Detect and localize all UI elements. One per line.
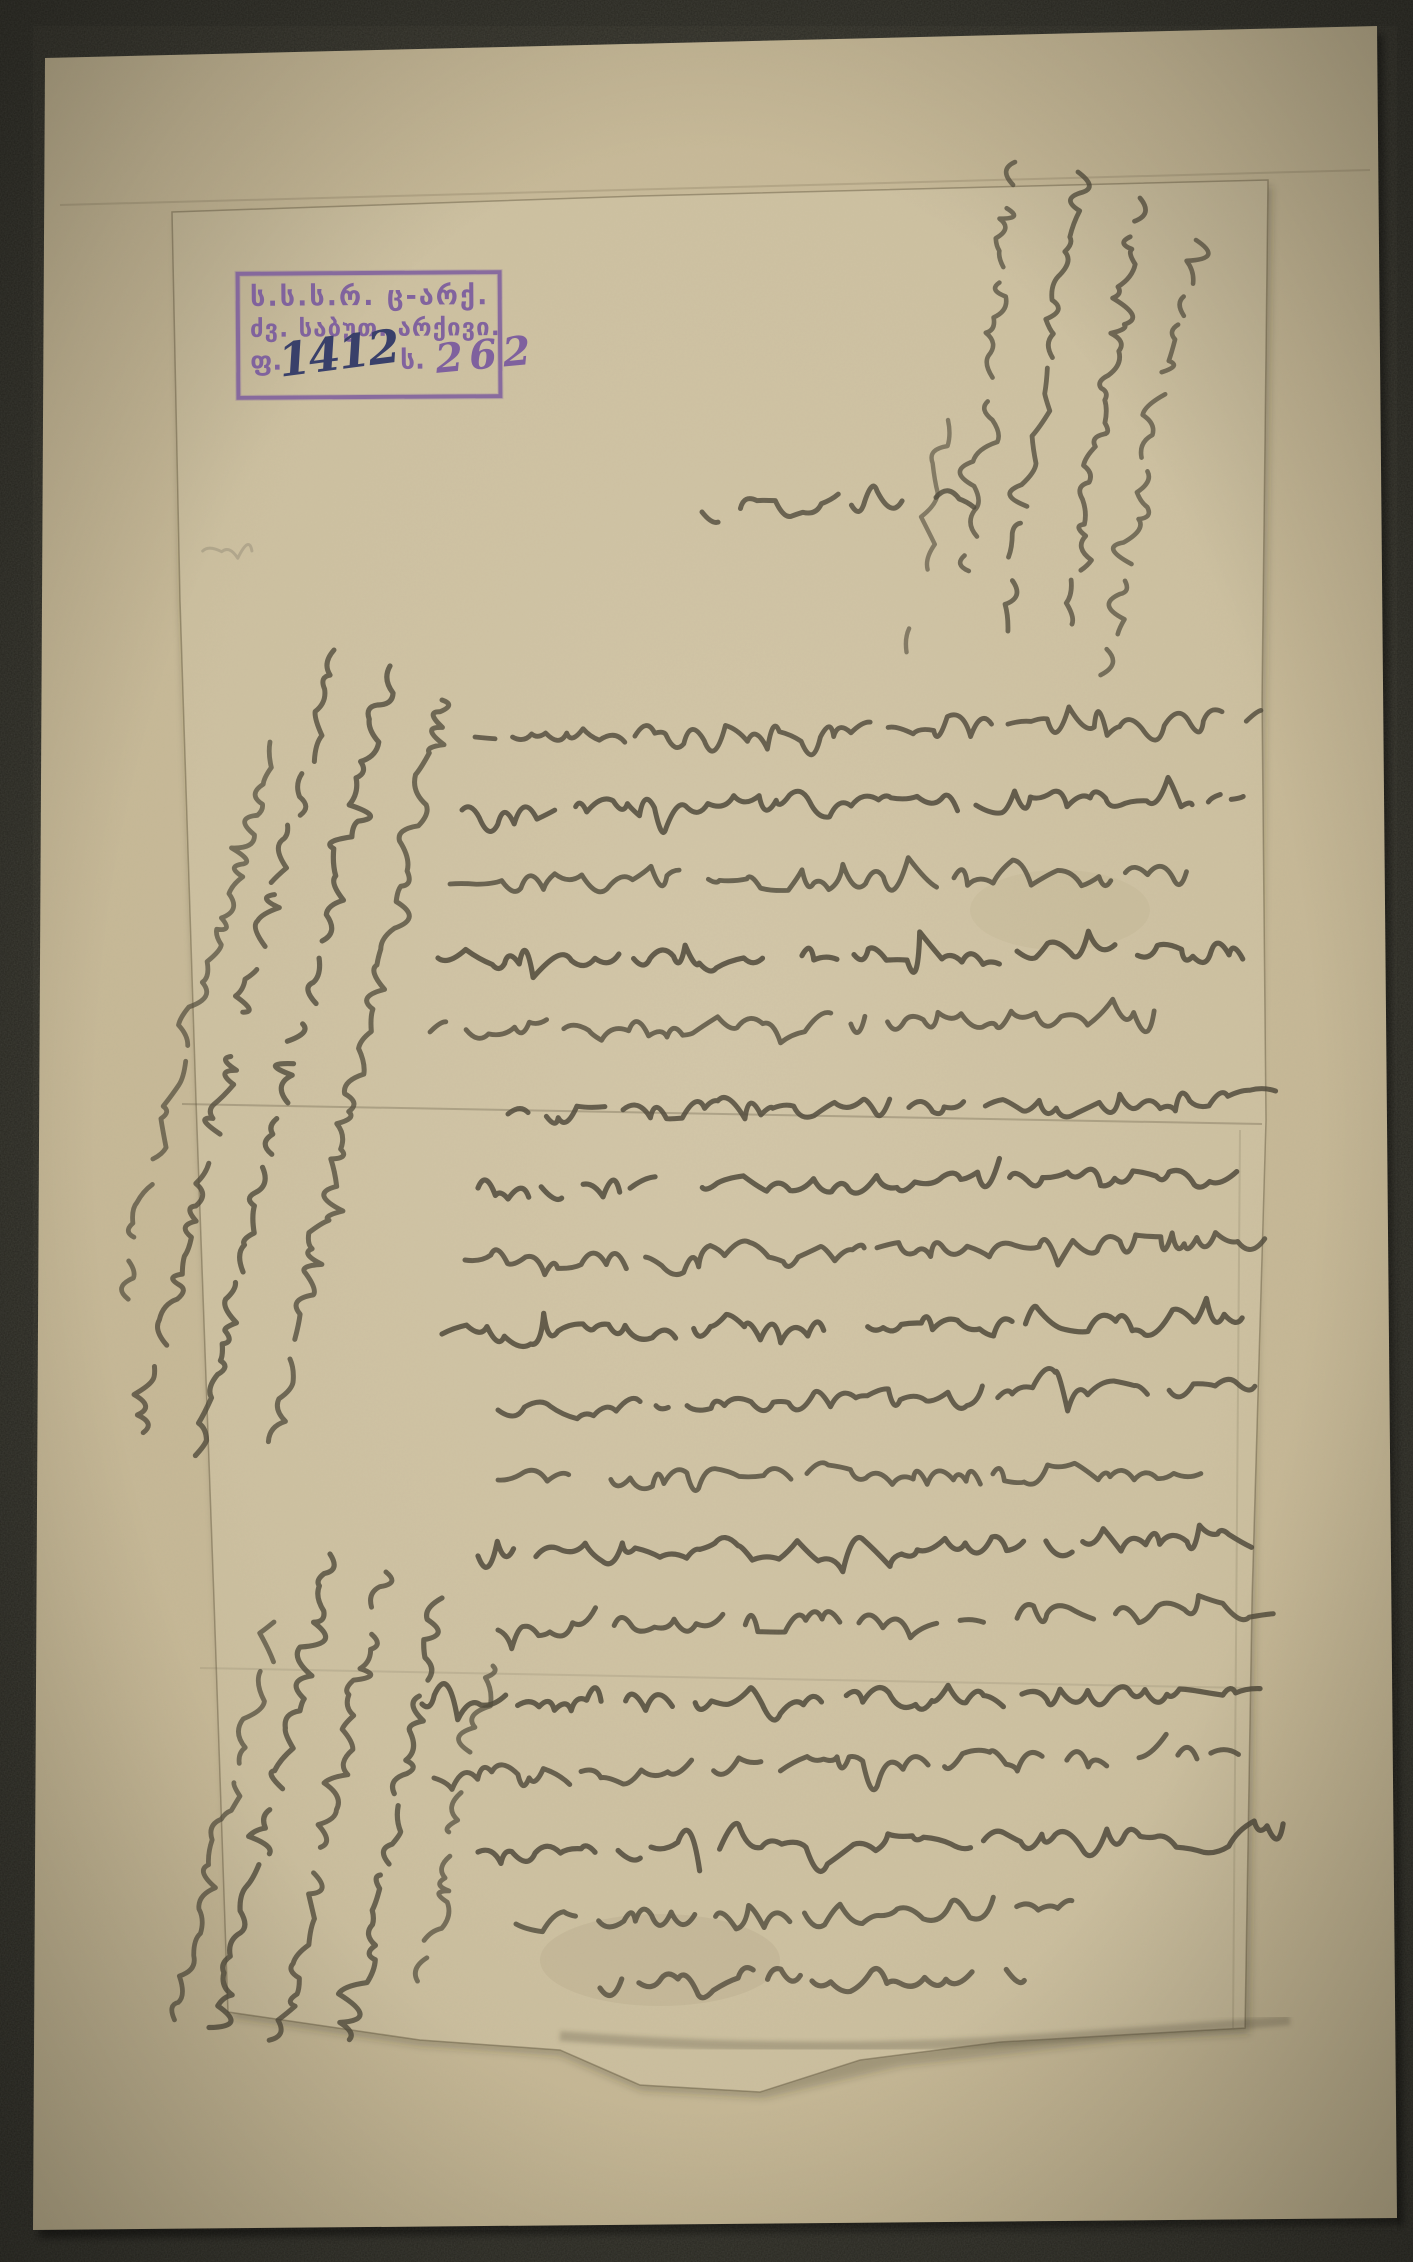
stamp-line-3: ფ. 1412 ს. 262	[250, 339, 490, 381]
scan-canvas	[0, 0, 1413, 2262]
stamp-line-1: ს.ს.ს.რ. ც-არქ.	[250, 280, 490, 313]
archival-photograph: ს.ს.ს.რ. ც-არქ. ძვ. საბუთ. არქივი. ფ. 14…	[0, 0, 1413, 2262]
item-number-handwritten: 262	[433, 327, 538, 383]
archive-stamp: ს.ს.ს.რ. ც-არქ. ძვ. საბუთ. არქივი. ფ. 14…	[236, 270, 503, 400]
stamp-item-label: ს.	[400, 346, 425, 376]
photo-vignette	[0, 0, 1413, 2262]
